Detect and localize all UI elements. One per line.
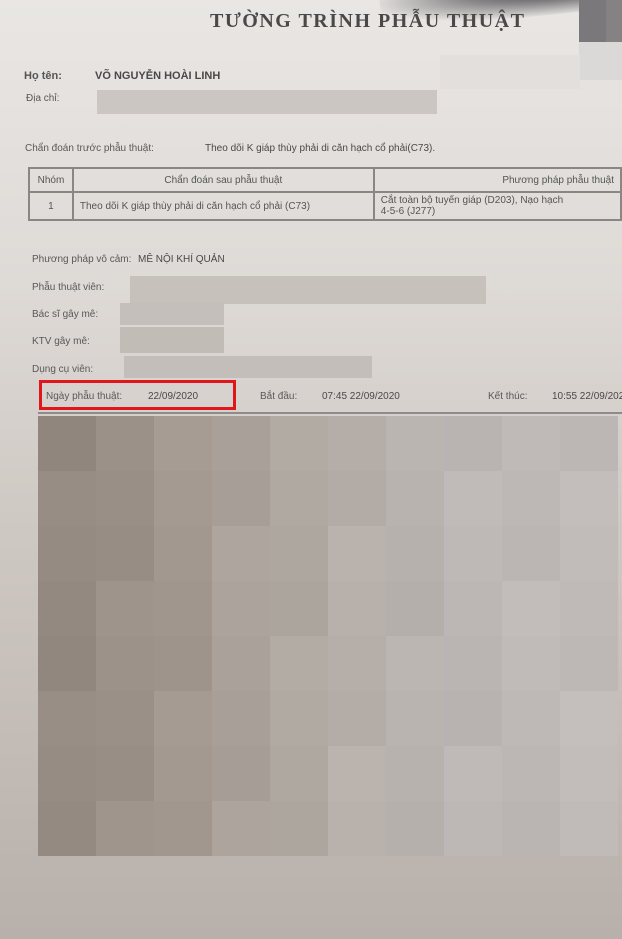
mosaic-cell	[386, 526, 444, 581]
mosaic-cell	[38, 526, 96, 581]
redaction-block	[440, 55, 580, 89]
mosaic-cell	[154, 801, 212, 856]
mosaic-cell	[212, 746, 270, 801]
mosaic-cell	[212, 581, 270, 636]
mosaic-cell	[96, 416, 154, 471]
mosaic-cell	[212, 526, 270, 581]
mosaic-cell	[386, 581, 444, 636]
table-row: 1 Theo dõi K giáp thùy phải di căn hạch …	[29, 192, 621, 220]
pre-op-diagnosis-value: Theo dõi K giáp thùy phải di căn hạch cổ…	[205, 143, 435, 154]
mosaic-cell	[502, 746, 560, 801]
mosaic-cell	[154, 471, 212, 526]
mosaic-cell	[560, 526, 618, 581]
mosaic-cell	[212, 416, 270, 471]
document-title: TƯỜNG TRÌNH PHẪU THUẬT	[210, 10, 525, 33]
mosaic-cell	[328, 581, 386, 636]
mosaic-cell	[38, 416, 96, 471]
mosaic-cell	[444, 691, 502, 746]
scrub-nurse-label: Dụng cụ viên:	[32, 364, 93, 375]
mosaic-cell	[212, 691, 270, 746]
mosaic-cell	[502, 471, 560, 526]
mosaic-cell	[270, 581, 328, 636]
mosaic-cell	[386, 416, 444, 471]
mosaic-cell	[560, 471, 618, 526]
mosaic-cell	[154, 581, 212, 636]
mosaic-cell	[96, 801, 154, 856]
end-label: Kết thúc:	[488, 391, 527, 402]
surgery-table: Nhóm Chẩn đoán sau phẫu thuật Phương phá…	[28, 167, 622, 221]
mosaic-cell	[386, 691, 444, 746]
start-label: Bắt đầu:	[260, 391, 297, 402]
mosaic-cell	[328, 801, 386, 856]
mosaic-cell	[38, 581, 96, 636]
mosaic-cell	[444, 416, 502, 471]
start-value: 07:45 22/09/2020	[322, 391, 400, 402]
mosaic-cell	[154, 416, 212, 471]
mosaic-cell	[502, 416, 560, 471]
mosaic-cell	[270, 636, 328, 691]
mosaic-cell	[328, 691, 386, 746]
pre-op-diagnosis-label: Chẩn đoán trước phẫu thuật:	[25, 143, 154, 154]
mosaic-cell	[502, 636, 560, 691]
mosaic-cell	[96, 526, 154, 581]
mosaic-cell	[502, 581, 560, 636]
anesthetist-redacted	[120, 303, 224, 325]
mosaic-cell	[444, 471, 502, 526]
mosaic-cell	[444, 801, 502, 856]
end-value: 10:55 22/09/2020	[552, 391, 622, 402]
mosaic-cell	[560, 746, 618, 801]
surgeon-redacted	[130, 276, 486, 304]
anesthesia-tech-label: KTV gây mê:	[32, 336, 90, 347]
mosaic-cell	[386, 636, 444, 691]
mosaic-cell	[444, 746, 502, 801]
divider	[38, 412, 622, 414]
mosaic-cell	[328, 526, 386, 581]
mosaic-cell	[270, 416, 328, 471]
mosaic-cell	[386, 746, 444, 801]
address-label: Địa chỉ:	[26, 93, 59, 104]
mosaic-cell	[154, 526, 212, 581]
mosaic-cell	[560, 581, 618, 636]
address-redacted	[97, 90, 437, 114]
mosaic-cell	[328, 471, 386, 526]
cell-group: 1	[29, 192, 73, 220]
mosaic-cell	[270, 691, 328, 746]
mosaic-cell	[38, 801, 96, 856]
mosaic-cell	[96, 746, 154, 801]
mosaic-cell	[212, 801, 270, 856]
mosaic-cell	[96, 691, 154, 746]
header-method: Phương pháp phẫu thuật	[374, 168, 621, 192]
anesthetist-label: Bác sĩ gây mê:	[32, 309, 98, 320]
mosaic-cell	[154, 746, 212, 801]
mosaic-cell	[328, 416, 386, 471]
method-line-2: 4-5-6 (J277)	[381, 206, 614, 217]
mosaic-cell	[38, 471, 96, 526]
mosaic-cell	[154, 691, 212, 746]
mosaic-cell	[270, 471, 328, 526]
header-group: Nhóm	[29, 168, 73, 192]
mosaic-cell	[212, 471, 270, 526]
patient-name-label: Họ tên:	[24, 70, 62, 82]
mosaic-cell	[560, 801, 618, 856]
redaction-block	[579, 42, 622, 80]
mosaic-cell	[96, 471, 154, 526]
mosaic-cell	[560, 416, 618, 471]
mosaic-cell	[386, 471, 444, 526]
mosaic-cell	[96, 636, 154, 691]
header-post-op-diagnosis: Chẩn đoán sau phẫu thuật	[73, 168, 374, 192]
mosaic-cell	[560, 636, 618, 691]
mosaic-cell	[328, 636, 386, 691]
mosaic-cell	[270, 801, 328, 856]
highlight-box	[39, 380, 236, 410]
mosaic-cell	[270, 526, 328, 581]
mosaic-cell	[444, 581, 502, 636]
mosaic-cell	[502, 801, 560, 856]
patient-name-value: VÕ NGUYỄN HOÀI LINH	[95, 70, 220, 82]
cell-method: Cắt toàn bộ tuyến giáp (D203), Nạo hạch …	[374, 192, 621, 220]
mosaic-cell	[328, 746, 386, 801]
mosaic-cell	[502, 526, 560, 581]
anesthesia-label: Phương pháp vô cảm:	[32, 254, 131, 265]
mosaic-cell	[212, 636, 270, 691]
scrub-nurse-redacted	[124, 356, 372, 378]
mosaic-cell	[96, 581, 154, 636]
mosaic-cell	[38, 746, 96, 801]
anesthesia-value: MÊ NỘI KHÍ QUẢN	[138, 254, 225, 265]
mosaic-cell	[444, 636, 502, 691]
table-header-row: Nhóm Chẩn đoán sau phẫu thuật Phương phá…	[29, 168, 621, 192]
mosaic-cell	[270, 746, 328, 801]
cell-post-op-diagnosis: Theo dõi K giáp thùy phải di căn hạch cổ…	[73, 192, 374, 220]
surgeon-label: Phẫu thuật viên:	[32, 282, 104, 293]
document-photo: TƯỜNG TRÌNH PHẪU THUẬT Họ tên: VÕ NGUYỄN…	[0, 0, 622, 939]
method-line-1: Cắt toàn bộ tuyến giáp (D203), Nạo hạch	[381, 195, 614, 206]
mosaic-cell	[154, 636, 212, 691]
mosaic-cell	[560, 691, 618, 746]
pixelated-redaction	[38, 416, 622, 866]
mosaic-cell	[38, 636, 96, 691]
mosaic-cell	[38, 691, 96, 746]
mosaic-cell	[502, 691, 560, 746]
mosaic-cell	[444, 526, 502, 581]
anesthesia-tech-redacted	[120, 327, 224, 353]
mosaic-cell	[386, 801, 444, 856]
